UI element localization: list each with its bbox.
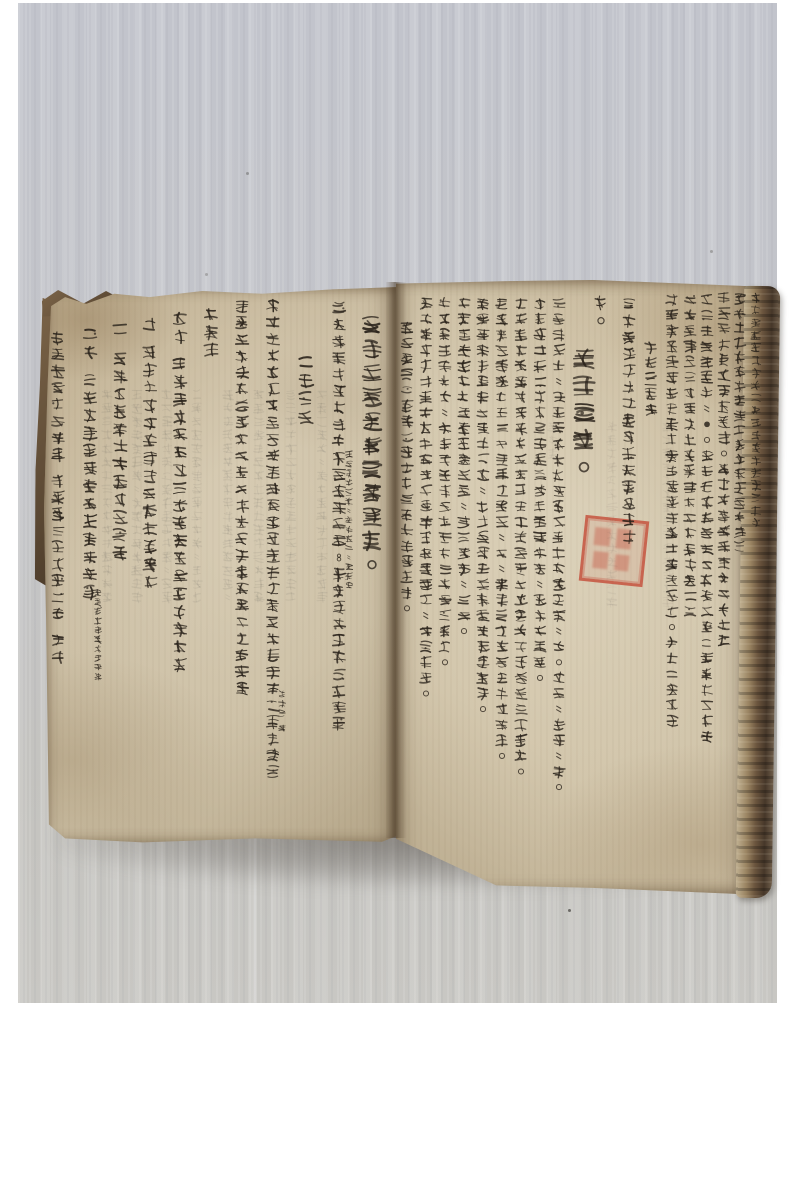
screenshot-canvas: { "scene": { "subject": "open antique ha… [0,0,800,1191]
dust-speck [568,909,571,912]
photograph: 七政四餘萬金不傳之秘。 九星斷訣。 [18,3,777,1003]
left-page: 七政四餘萬金不傳之秘。 [44,286,396,844]
red-seal-stamp [579,515,650,587]
right-page: 九星斷訣。 [396,280,754,894]
dust-speck [205,273,208,276]
page-gutter [386,282,406,838]
dust-speck [710,250,713,253]
dust-speck [246,172,249,175]
